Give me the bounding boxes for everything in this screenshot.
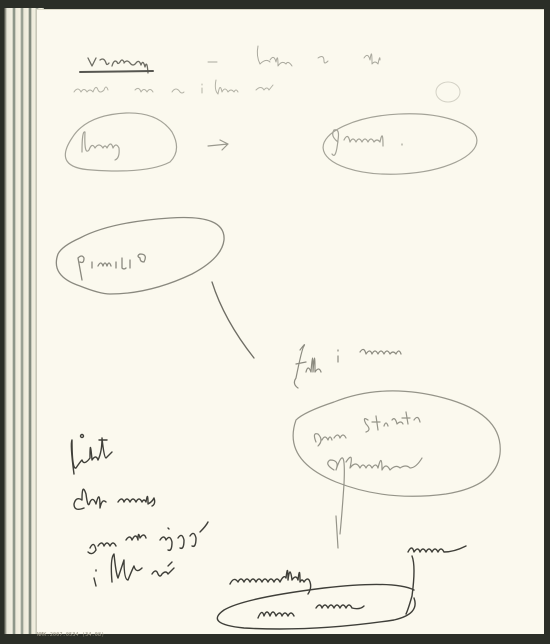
menneskelig-varme bbox=[230, 546, 466, 614]
line-2 bbox=[74, 80, 460, 102]
left-block bbox=[71, 435, 208, 587]
bubble-beroring bbox=[65, 113, 176, 171]
falle-i-vannet bbox=[294, 345, 401, 388]
bubble-men-varm bbox=[217, 584, 415, 629]
heading-word bbox=[80, 58, 153, 73]
bubble-storste bbox=[293, 391, 500, 548]
handwriting-layer bbox=[0, 0, 550, 644]
accession-number: NMK.2007.0534 (34.08) bbox=[37, 632, 104, 638]
bubble-primitiv bbox=[56, 217, 254, 358]
heading-rest bbox=[208, 46, 380, 66]
bubble-gammel bbox=[322, 110, 479, 178]
arrow bbox=[208, 140, 228, 150]
